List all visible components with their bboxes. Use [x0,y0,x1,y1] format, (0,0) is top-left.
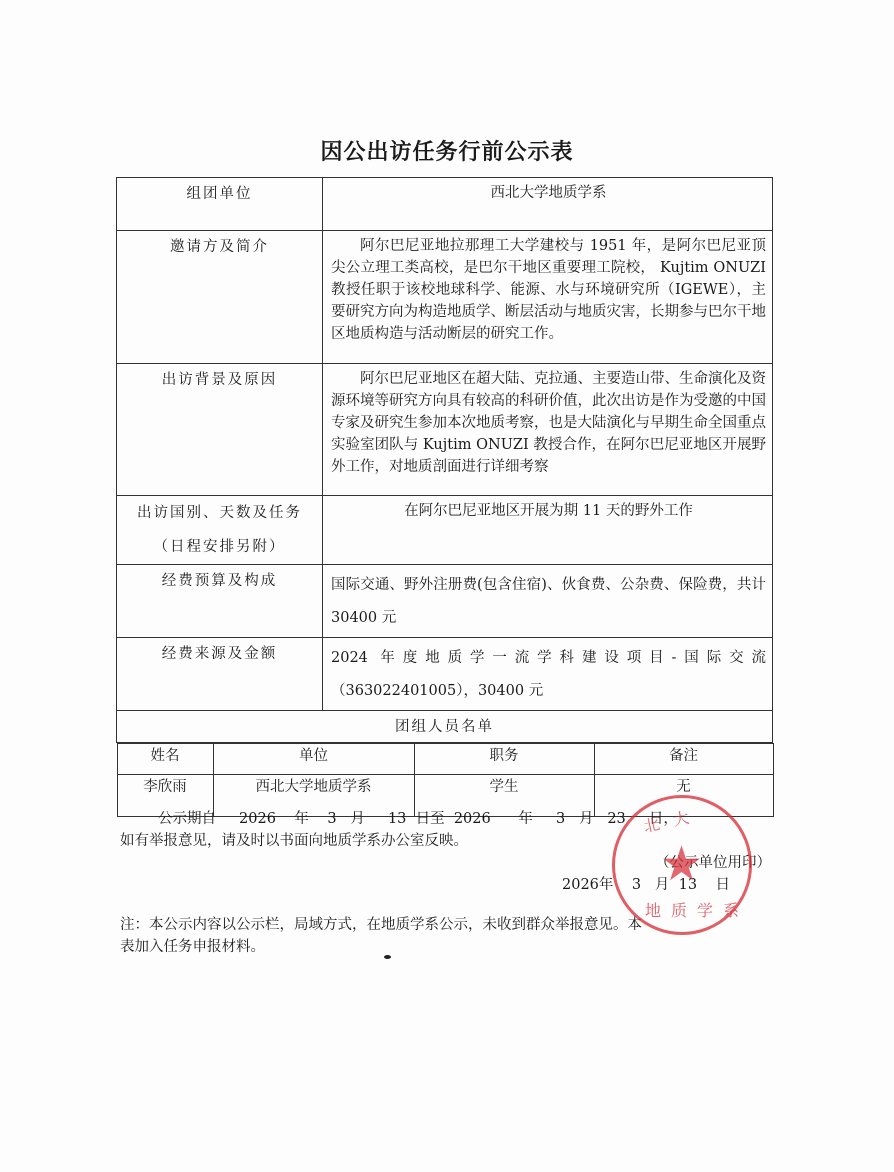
publicity-period: 公示期自 2026 年 3 月 13 日至 2026 年 3 月 23 日， [158,808,778,830]
row-members: 姓名 单位 职务 备注 李欣雨 西北大学地质学系 学生 无 [117,743,773,818]
label-organizer: 组团单位 [117,178,323,231]
note-line-2: 表加入任务申报材料。 [120,936,265,958]
year-char: 年 [294,811,309,827]
period-prefix: 公示期自 [158,811,216,827]
row-budget: 经费预算及构成 国际交通、野外注册费(包含住宿)、伙食费、公杂费、保险费，共计 … [117,565,773,638]
row-funding: 经费来源及金额 2024 年度地质学一流学科建设项目-国际交流（36302240… [117,638,773,711]
sign-month: 3 [632,877,641,893]
sign-day: 13 [679,877,697,893]
col-header-name: 姓名 [117,744,213,775]
col-header-unit: 单位 [213,744,414,775]
row-country-days: 出访国别、天数及任务 （日程安排另附） 在阿尔巴尼亚地区开展为期 11 天的野外… [117,496,773,565]
sign-year: 2026 [562,877,599,893]
members-table: 姓名 单位 职务 备注 李欣雨 西北大学地质学系 学生 无 [117,743,774,817]
value-background: 阿尔巴尼亚地区在超大陆、克拉通、主要造山带、生命演化及资源环境等研究方向具有较高… [323,364,773,496]
month-char: 月 [350,811,365,827]
value-organizer: 西北大学地质学系 [323,178,773,231]
period-end-year: 2026 [454,811,491,827]
period-start-month: 3 [327,811,336,827]
col-header-position: 职务 [414,744,594,775]
label-country-days-line2: （日程安排另附） [117,530,322,564]
report-instruction: 如有举报意见，请及时以书面向地质学系办公室反映。 [120,830,468,852]
label-background: 出访背景及原因 [117,364,323,496]
period-start-day: 13 [388,811,406,827]
month-char: 月 [655,877,670,893]
label-country-days-line1: 出访国别、天数及任务 [117,496,322,530]
period-end-day: 23 [607,811,625,827]
period-end-month: 3 [556,811,565,827]
note-line-1: 注：本公示内容以公示栏，局域方式，在地质学系公示，未收到群众举报意见。本 [120,914,780,936]
period-start-year: 2026 [239,811,276,827]
document-page: 因公出访任务行前公示表 组团单位 西北大学地质学系 邀请方及简介 阿尔巴尼亚地拉… [0,0,894,1172]
day-char: 日 [716,877,731,893]
label-inviter: 邀请方及简介 [117,231,323,364]
year-char: 年 [599,877,614,893]
ink-smudge [384,955,391,959]
label-funding: 经费来源及金额 [117,638,323,711]
members-header-row: 姓名 单位 职务 备注 [117,744,773,775]
row-members-heading: 团组人员名单 [117,711,773,743]
label-budget: 经费预算及构成 [117,565,323,638]
row-inviter: 邀请方及简介 阿尔巴尼亚地拉那理工大学建校与 1951 年，是阿尔巴尼亚顶尖公立… [117,231,773,364]
value-budget: 国际交通、野外注册费(包含住宿)、伙食费、公杂费、保险费，共计 30400 元 [323,565,773,638]
year-char: 年 [518,811,533,827]
col-header-remark: 备注 [594,744,773,775]
document-title: 因公出访任务行前公示表 [0,135,894,166]
day-char: 日， [649,811,678,827]
value-inviter: 阿尔巴尼亚地拉那理工大学建校与 1951 年，是阿尔巴尼亚顶尖公立理工类高校，是… [323,231,773,364]
value-country-days: 在阿尔巴尼亚地区开展为期 11 天的野外工作 [323,496,773,565]
day-to: 日至 [416,811,445,827]
publicity-table: 组团单位 西北大学地质学系 邀请方及简介 阿尔巴尼亚地拉那理工大学建校与 195… [116,177,773,817]
row-organizer: 组团单位 西北大学地质学系 [117,178,773,231]
seal-caption: （公示单位用印） [655,852,771,874]
month-char: 月 [579,811,594,827]
row-background: 出访背景及原因 阿尔巴尼亚地区在超大陆、克拉通、主要造山带、生命演化及资源环境等… [117,364,773,496]
sign-date: 2026年 3 月 13 日 [562,874,730,896]
value-funding: 2024 年度地质学一流学科建设项目-国际交流（363022401005），30… [323,638,773,711]
members-heading: 团组人员名单 [117,711,773,743]
label-country-days: 出访国别、天数及任务 （日程安排另附） [117,496,323,565]
